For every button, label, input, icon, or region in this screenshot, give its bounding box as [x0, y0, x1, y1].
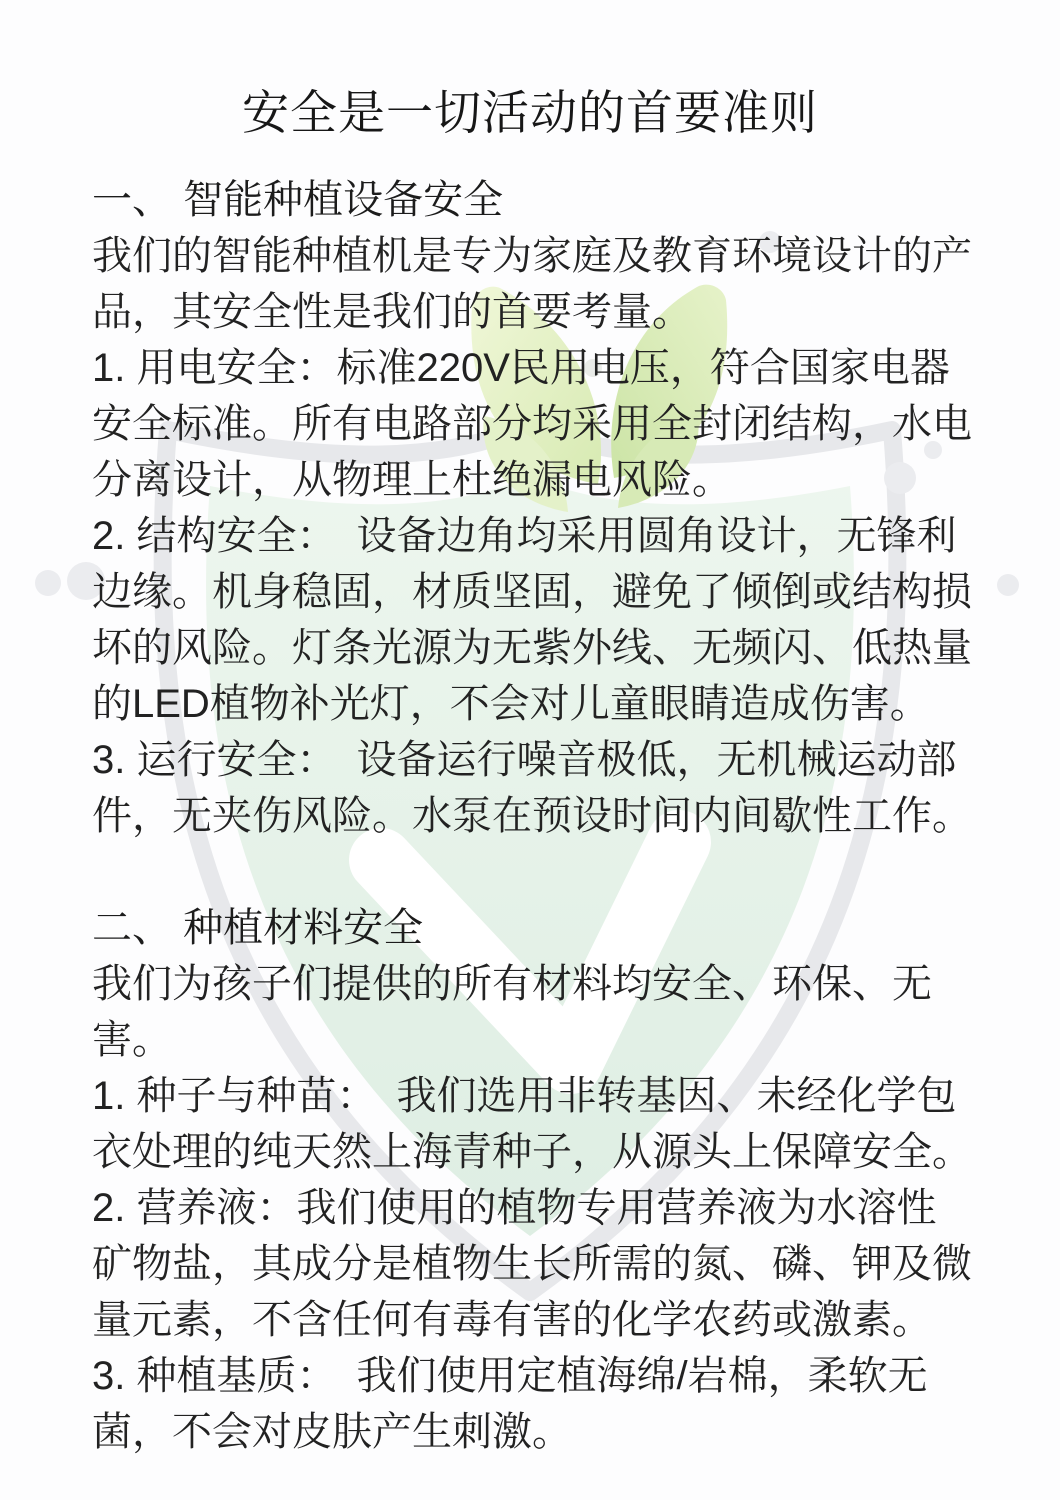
section-heading: 一、 智能种植设备安全: [92, 172, 992, 228]
text-line: 件，无夹伤风险。水泵在预设时间内间歇性工作。: [92, 788, 992, 844]
text-line: 2. 营养液：我们使用的植物专用营养液为水溶性: [92, 1180, 992, 1236]
text-line: 量元素，不含任何有毒有害的化学农药或激素。: [92, 1292, 992, 1348]
text-line: 2. 结构安全： 设备边角均采用圆角设计，无锋利: [92, 508, 992, 564]
text-line: 安全标准。所有电路部分均采用全封闭结构，水电: [92, 396, 992, 452]
text-line: 坏的风险。灯条光源为无紫外线、无频闪、低热量: [92, 620, 992, 676]
text-line: 我们的智能种植机是专为家庭及教育环境设计的产: [92, 228, 992, 284]
blank-line: [92, 844, 992, 900]
text-line: 1. 种子与种苗： 我们选用非转基因、未经化学包: [92, 1068, 992, 1124]
text-line: 3. 种植基质： 我们使用定植海绵/岩棉，柔软无: [92, 1348, 992, 1404]
text-line: 的LED植物补光灯，不会对儿童眼睛造成伤害。: [92, 676, 992, 732]
text-line: 3. 运行安全： 设备运行噪音极低，无机械运动部: [92, 732, 992, 788]
text-line: 菌，不会对皮肤产生刺激。: [92, 1404, 992, 1460]
text-line: 边缘。机身稳固，材质坚固，避免了倾倒或结构损: [92, 564, 992, 620]
watermark-dot: [35, 570, 61, 596]
text-line: 分离设计，从物理上杜绝漏电风险。: [92, 452, 992, 508]
section-heading: 二、 种植材料安全: [92, 900, 992, 956]
text-line: 我们为孩子们提供的所有材料均安全、环保、无: [92, 956, 992, 1012]
text-line: 品，其安全性是我们的首要考量。: [92, 284, 992, 340]
text-line: 害。: [92, 1012, 992, 1068]
document-body: 一、 智能种植设备安全我们的智能种植机是专为家庭及教育环境设计的产品，其安全性是…: [92, 172, 992, 1460]
page-title: 安全是一切活动的首要准则: [0, 85, 1060, 141]
text-line: 1. 用电安全：标准220V民用电压，符合国家电器: [92, 340, 992, 396]
text-line: 衣处理的纯天然上海青种子，从源头上保障安全。: [92, 1124, 992, 1180]
watermark-dot: [997, 574, 1019, 596]
document-page: 安全是一切活动的首要准则 一、 智能种植设备安全我们的智能种植机是专为家庭及教育…: [0, 0, 1060, 1500]
text-line: 矿物盐，其成分是植物生长所需的氮、磷、钾及微: [92, 1236, 992, 1292]
